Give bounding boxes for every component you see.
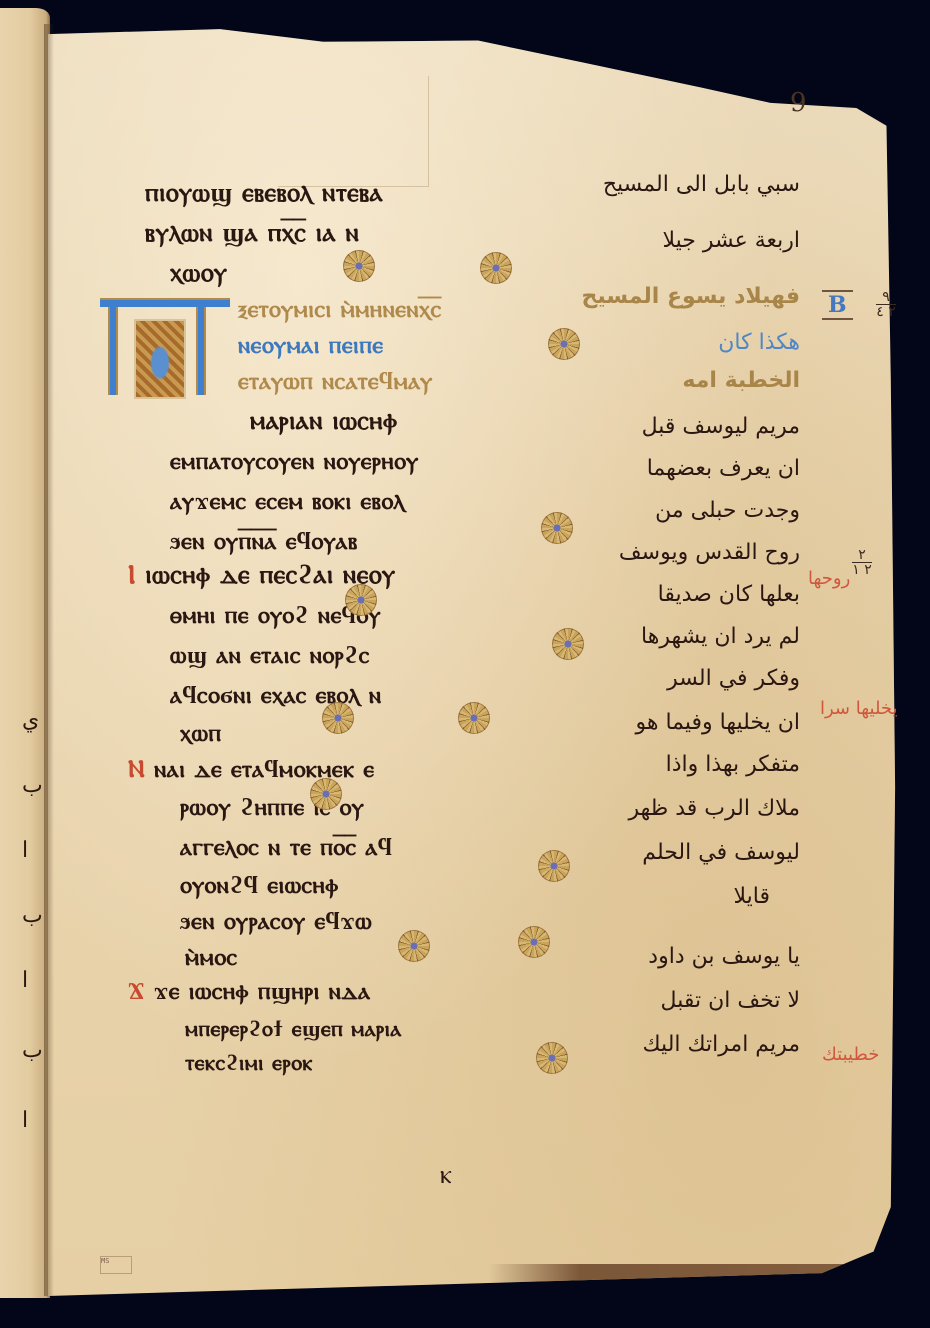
coptic-line: ⲭⲱⲟⲩ bbox=[170, 258, 227, 289]
gold-rosette-ornament bbox=[458, 702, 490, 734]
coptic-line: ϧⲉⲛ ⲟⲩⲡ︦ⲛ︦ⲁ︦ ⲉϥⲟⲩⲁⲃ bbox=[170, 526, 358, 556]
arabic-line: متفكر بهذا واذا bbox=[666, 752, 800, 777]
folio-number: 9 bbox=[790, 88, 807, 118]
gold-rosette-ornament bbox=[480, 252, 512, 284]
arabic-line: لم يرد ان يشهرها bbox=[641, 624, 800, 649]
arabic-line: وجدت حبلى من bbox=[655, 498, 800, 523]
coptic-line-text: ϫⲉ ⲓⲱⲥⲏⲫ ⲡϣⲏⲣⲓ ⲛⲇⲁ bbox=[154, 976, 371, 1005]
fraction-top: ٩ bbox=[876, 290, 896, 304]
left-page-fragment: ب bbox=[22, 773, 43, 798]
gutter-shadow bbox=[44, 24, 54, 1296]
fraction-bottom: ٢ ١ bbox=[852, 562, 872, 577]
gold-rosette-ornament bbox=[536, 1042, 568, 1074]
coptic-line-rubric: ⲝⲉⲧⲟⲩⲙⲓⲥⲓ ⲙ̀ⲙⲏⲛⲉⲛⲭ︦ⲥ︦ bbox=[238, 294, 442, 323]
arabic-line-rubric: فهيلاد يسوع المسيح bbox=[582, 284, 800, 309]
gold-rosette-ornament bbox=[322, 702, 354, 734]
margin-fraction: ٩ ٢ ٤ bbox=[876, 290, 896, 319]
gold-rosette-ornament bbox=[343, 250, 375, 282]
coptic-line: ⲡⲓⲟⲩⲱϣ ⲉⲃⲉⲃⲟⲗ ⲛⲧⲉⲃⲁ bbox=[145, 178, 383, 209]
left-page-fragment: ب bbox=[22, 1038, 43, 1063]
illuminated-initial bbox=[100, 300, 230, 402]
arabic-line: وفكر في السر bbox=[667, 666, 800, 691]
left-page-fragment: ي bbox=[22, 708, 39, 733]
library-stamp: MS bbox=[100, 1256, 132, 1274]
left-page-fragment: ب bbox=[22, 903, 43, 928]
margin-note-red: يخليها سرا bbox=[820, 698, 898, 719]
initial-right-column bbox=[196, 307, 206, 395]
margin-note-red: روحها bbox=[808, 568, 850, 589]
gold-rosette-ornament bbox=[538, 850, 570, 882]
fraction-top: ٢ bbox=[852, 548, 872, 562]
coptic-line: Ϫ ϫⲉ ⲓⲱⲥⲏⲫ ⲡϣⲏⲣⲓ ⲛⲇⲁ bbox=[128, 976, 371, 1006]
coptic-line: ⲭⲱⲡ bbox=[180, 718, 221, 747]
arabic-line: ليوسف في الحلم bbox=[642, 840, 800, 865]
arabic-line: يا يوسف بن داود bbox=[648, 944, 800, 969]
arabic-line: ان يعرف بعضهما bbox=[647, 456, 800, 481]
coptic-line: ⲁⲩϫⲉⲙⲥ ⲉⲥⲉⲙ ⲃⲟⲕⲓ ⲉⲃⲟⲗ bbox=[170, 486, 405, 516]
gold-rosette-ornament bbox=[541, 512, 573, 544]
arabic-line: ان يخليها وفيما هو bbox=[635, 710, 800, 735]
coptic-line: ⲟⲩⲟⲛϩϥ ⲉⲓⲱⲥⲏⲫ bbox=[180, 870, 339, 900]
left-page-fragment: ا bbox=[22, 968, 28, 993]
arabic-line: قايلا bbox=[734, 884, 770, 909]
coptic-line: ⲉⲙⲡⲁⲧⲟⲩⲥⲟⲩⲉⲛ ⲛⲟⲩⲉⲣⲏⲟⲩ bbox=[170, 446, 419, 475]
margin-note-red: خطيبتك bbox=[822, 1044, 879, 1065]
left-page-fragment: ا bbox=[22, 1108, 28, 1133]
initial-gold-panel bbox=[134, 319, 186, 399]
margin-fraction: ٢ ٢ ١ bbox=[852, 548, 872, 577]
arabic-line: سبي بابل الى المسيح bbox=[603, 172, 800, 197]
quire-signature: B bbox=[822, 290, 853, 320]
coptic-line: Ⲛ ⲛⲁⲓ ⲇⲉ ⲉⲧⲁϥⲙⲟⲕⲙⲉⲕ ⲉ bbox=[128, 754, 375, 784]
gold-rosette-ornament bbox=[548, 328, 580, 360]
coptic-line-rubric: ⲉⲧⲁⲩⲱⲡ ⲛⲥⲁⲧⲉϥⲙⲁⲩ bbox=[238, 366, 433, 396]
coptic-line: ϧⲉⲛ ⲟⲩⲣⲁⲥⲟⲩ ⲉϥϫⲱ bbox=[180, 906, 372, 936]
left-page-fragment: ا bbox=[22, 838, 28, 863]
arabic-line: اربعة عشر جيلا bbox=[662, 228, 800, 253]
arabic-line: بعلها كان صديقا bbox=[658, 582, 800, 607]
gold-rosette-ornament bbox=[398, 930, 430, 962]
arabic-line-blue: هكذا كان bbox=[718, 330, 800, 355]
coptic-line: ⲙⲡⲉⲣⲉⲣϩⲟϯ ⲉϣⲉⲡ ⲙⲁⲣⲓⲁ bbox=[185, 1016, 402, 1042]
coptic-initial-red: Ϫ bbox=[128, 976, 145, 1005]
arabic-line: ملاك الرب قد ظهر bbox=[628, 796, 800, 821]
arabic-line: لا تخف ان تقبل bbox=[661, 988, 800, 1013]
coptic-line-text: ⲛⲁⲓ ⲇⲉ ⲉⲧⲁϥⲙⲟⲕⲙⲉⲕ ⲉ bbox=[154, 754, 374, 783]
gold-rosette-ornament bbox=[552, 628, 584, 660]
arabic-line-rubric: الخطبة امه bbox=[682, 368, 800, 393]
coptic-line: ⲙⲁⲣⲓⲁⲛ ⲓⲱⲥⲏⲫ bbox=[250, 406, 398, 437]
coptic-line: ⲁⲅⲅⲉⲗⲟⲥ ⲛ ⲧⲉ ⲡⲟ︦ⲥ︦ ⲁϥ bbox=[180, 832, 392, 862]
coptic-line: ⲙ̀ⲙⲟⲥ bbox=[185, 942, 238, 971]
gold-rosette-ornament bbox=[518, 926, 550, 958]
repair-patch bbox=[278, 76, 429, 187]
coptic-initial-red: Ⲓ bbox=[128, 560, 136, 590]
coptic-initial-red: Ⲛ bbox=[128, 754, 145, 783]
facing-left-page: ي ب ا ب ا ب ا bbox=[0, 8, 50, 1298]
coptic-line: ⲧⲉⲕⲥϩⲓⲙⲓ ⲉⲣⲟⲕ bbox=[185, 1050, 313, 1076]
gold-rosette-ornament bbox=[310, 778, 342, 810]
arabic-line: روح القدس ويوسف bbox=[619, 540, 800, 565]
fraction-bottom: ٢ ٤ bbox=[876, 304, 896, 319]
initial-left-column bbox=[108, 307, 118, 395]
gold-rosette-ornament bbox=[345, 584, 377, 616]
coptic-line: ⲱϣ ⲁⲛ ⲉⲧⲁⲓⲥ ⲛⲟⲣϩⲥ bbox=[170, 640, 370, 670]
coptic-line: ⲃⲩⲗⲱⲛ ϣⲁ ⲡⲭ︦ⲥ︦ ⲓⲁ ⲛ bbox=[145, 218, 359, 249]
coptic-line-blue: ⲛⲉⲟⲩⲙⲁⲓ ⲡⲉⲓⲡⲉ bbox=[238, 330, 384, 359]
coptic-line: ⲁϥⲥⲟϭⲛⲓ ⲉⲭⲁⲥ ⲉⲃⲟⲗ ⲛ bbox=[170, 680, 382, 710]
catchword: ⲕ bbox=[440, 1160, 452, 1191]
arabic-line: مريم امراتك اليك bbox=[643, 1032, 800, 1057]
bottom-edge-stain bbox=[488, 1264, 930, 1282]
arabic-line: مريم ليوسف قبل bbox=[642, 414, 800, 439]
